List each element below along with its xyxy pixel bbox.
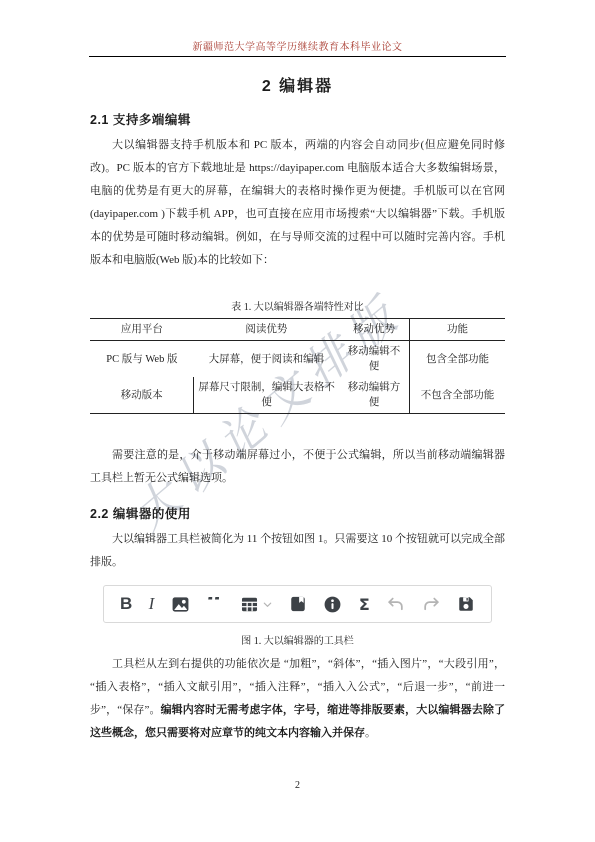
column-header: 阅读优势 — [194, 319, 339, 341]
insert-image-icon — [171, 593, 190, 615]
table-cell: PC 版与 Web 版 — [90, 341, 194, 378]
comparison-table: 应用平台 阅读优势 移动优势 功能 PC 版与 Web 版 大屏幕，便于阅读和编… — [90, 318, 505, 414]
column-header: 功能 — [410, 319, 505, 341]
table-cell: 移动版本 — [90, 377, 194, 414]
page-content: 2 编辑器 2.1 支持多端编辑 大以编辑器支持手机版本和 PC 版本，两端的内… — [90, 73, 505, 745]
insert-citation-icon — [289, 593, 307, 615]
table-cell: 屏幕尺寸限制，编辑大表格不便 — [194, 377, 339, 414]
table-row: PC 版与 Web 版 大屏幕，便于阅读和编辑 移动编辑不便 包含全部功能 — [90, 341, 505, 378]
column-header: 应用平台 — [90, 319, 194, 341]
paragraph: 大以编辑器支持手机版本和 PC 版本，两端的内容会自动同步(但应避免同时修改)。… — [90, 134, 505, 272]
italic-icon: I — [149, 593, 155, 615]
page-header-text: 新疆师范大学高等学历继续教育本科毕业论文 — [193, 38, 403, 56]
toolbar-figure: B I “ Σ — [103, 585, 492, 623]
figure-caption: 图 1. 大以编辑器的工具栏 — [90, 632, 505, 647]
column-header: 移动优势 — [339, 319, 410, 341]
table-header-row: 应用平台 阅读优势 移动优势 功能 — [90, 319, 505, 341]
table-cell: 移动编辑不便 — [339, 341, 410, 378]
paragraph: 需要注意的是，介于移动端屏幕过小，不便于公式编辑，所以当前移动端编辑器工具栏上暂… — [90, 444, 505, 490]
table-row: 移动版本 屏幕尺寸限制，编辑大表格不便 移动编辑方便 不包含全部功能 — [90, 377, 505, 414]
table-cell: 移动编辑方便 — [339, 377, 410, 414]
blockquote-icon: “ — [206, 597, 223, 611]
undo-icon — [386, 593, 405, 615]
paragraph: 工具栏从左到右提供的功能依次是 “加粗”，“斜体”，“插入图片”，“大段引用”，… — [90, 653, 505, 745]
page-number: 2 — [0, 780, 595, 791]
insert-formula-icon: Σ — [359, 593, 370, 615]
document-page: 大以论文排版 新疆师范大学高等学历继续教育本科毕业论文 2 编辑器 2.1 支持… — [0, 0, 595, 842]
page-header: 新疆师范大学高等学历继续教育本科毕业论文 — [89, 0, 506, 57]
section-heading-2-1: 2.1 支持多端编辑 — [90, 110, 505, 128]
table-cell: 大屏幕，便于阅读和编辑 — [194, 341, 339, 378]
table-caption: 表 1. 大以编辑器各端特性对比 — [90, 298, 505, 313]
table-cell: 不包含全部功能 — [410, 377, 505, 414]
paragraph-end-run: 。 — [365, 727, 376, 739]
bold-icon: B — [120, 593, 132, 615]
redo-icon — [422, 593, 441, 615]
section-heading-2-2: 2.2 编辑器的使用 — [90, 504, 505, 522]
chapter-title: 2 编辑器 — [90, 73, 505, 96]
save-icon — [457, 593, 475, 615]
chevron-down-icon — [262, 593, 273, 615]
paragraph: 大以编辑器工具栏被简化为 11 个按钮如图 1。只需要这 10 个按钮就可以完成… — [90, 528, 505, 574]
insert-note-icon — [323, 593, 342, 615]
insert-table-icon — [240, 593, 259, 615]
table-cell: 包含全部功能 — [410, 341, 505, 378]
insert-table-button — [240, 593, 273, 615]
